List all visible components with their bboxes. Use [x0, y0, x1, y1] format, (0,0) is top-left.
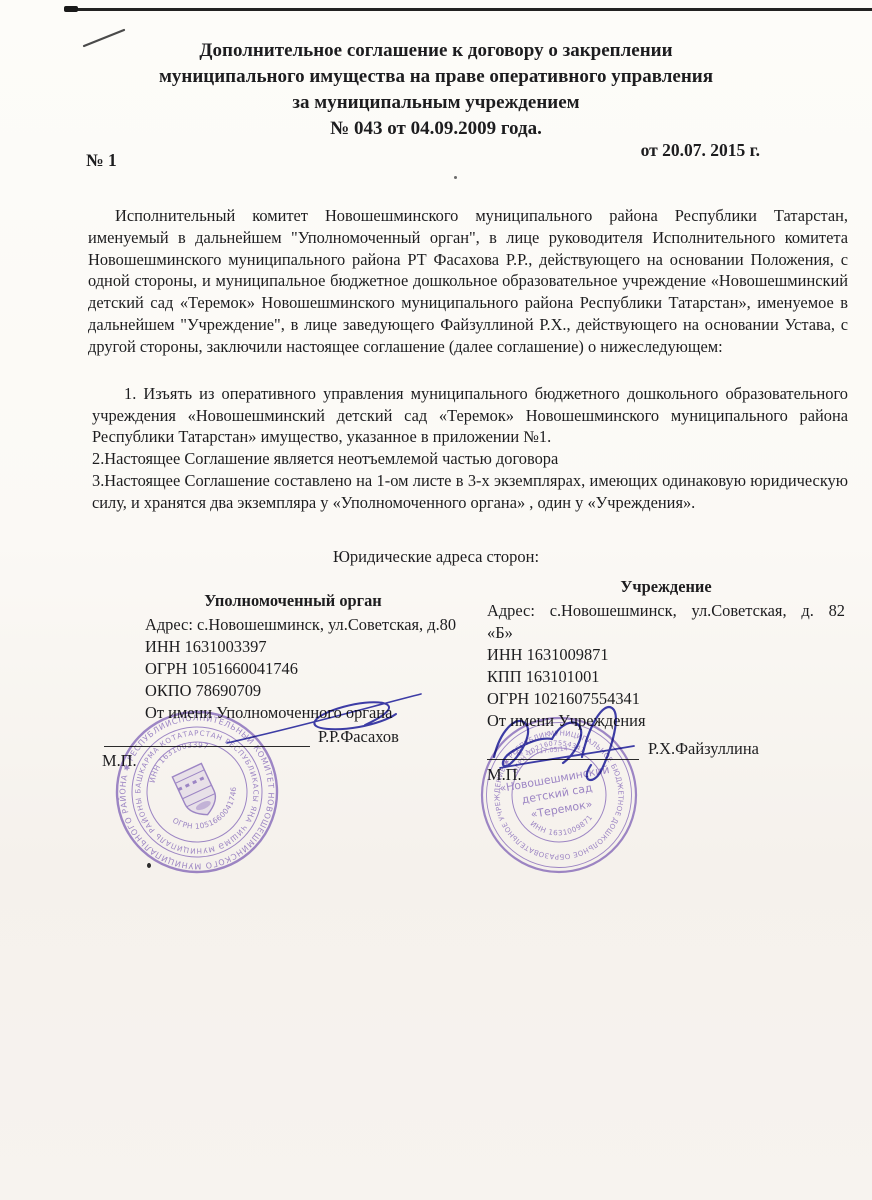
- scan-edge-line: [70, 8, 872, 11]
- clause-2: 2.Настоящее Соглашение является неотъемл…: [92, 448, 848, 470]
- institution-heading: Учреждение: [487, 576, 845, 598]
- clauses-list: 1. Изъять из оперативного управления мун…: [92, 383, 848, 513]
- addresses-heading: Юридические адреса сторон:: [0, 547, 872, 567]
- scan-speck: [454, 176, 457, 179]
- authorized-org-ogrn: ОГРН 1051660041746: [145, 658, 441, 680]
- coat-of-arms-emblem: [172, 763, 222, 821]
- institution-inn: ИНН 1631009871: [487, 644, 845, 666]
- authorized-org-inn: ИНН 1631003397: [145, 636, 441, 658]
- clause-3: 3.Настоящее Соглашение составлено на 1-о…: [92, 470, 848, 513]
- title-line-2: муниципального имущества на праве операт…: [60, 64, 812, 90]
- scan-edge-mark: [64, 6, 78, 12]
- agreement-date: от 20.07. 2015 г.: [641, 140, 760, 161]
- title-line-1: Дополнительное соглашение к договору о з…: [60, 38, 812, 64]
- institution-address-line1: Адрес: с.Новошешминск, ул.Советская, д. …: [487, 600, 845, 622]
- clause-1: 1. Изъять из оперативного управления мун…: [92, 383, 848, 448]
- title-line-4: № 043 от 04.09.2009 года.: [60, 116, 812, 142]
- scanned-document-page: Дополнительное соглашение к договору о з…: [0, 0, 872, 1200]
- authorized-org-heading: Уполномоченный орган: [145, 590, 441, 612]
- authorized-org-address: Адрес: с.Новошешминск, ул.Советская, д.8…: [145, 614, 441, 636]
- preamble-paragraph: Исполнительный комитет Новошешминского м…: [88, 205, 848, 358]
- agreement-number: № 1: [86, 150, 117, 171]
- institution-kpp: КПП 163101001: [487, 666, 845, 688]
- document-title: Дополнительное соглашение к договору о з…: [60, 38, 812, 142]
- institution-address-line2: «Б»: [487, 622, 845, 644]
- title-line-3: за муниципальным учреждением: [60, 90, 812, 116]
- signature-faizullina-ink: [472, 693, 672, 791]
- signature-fasahov-ink: [215, 678, 435, 756]
